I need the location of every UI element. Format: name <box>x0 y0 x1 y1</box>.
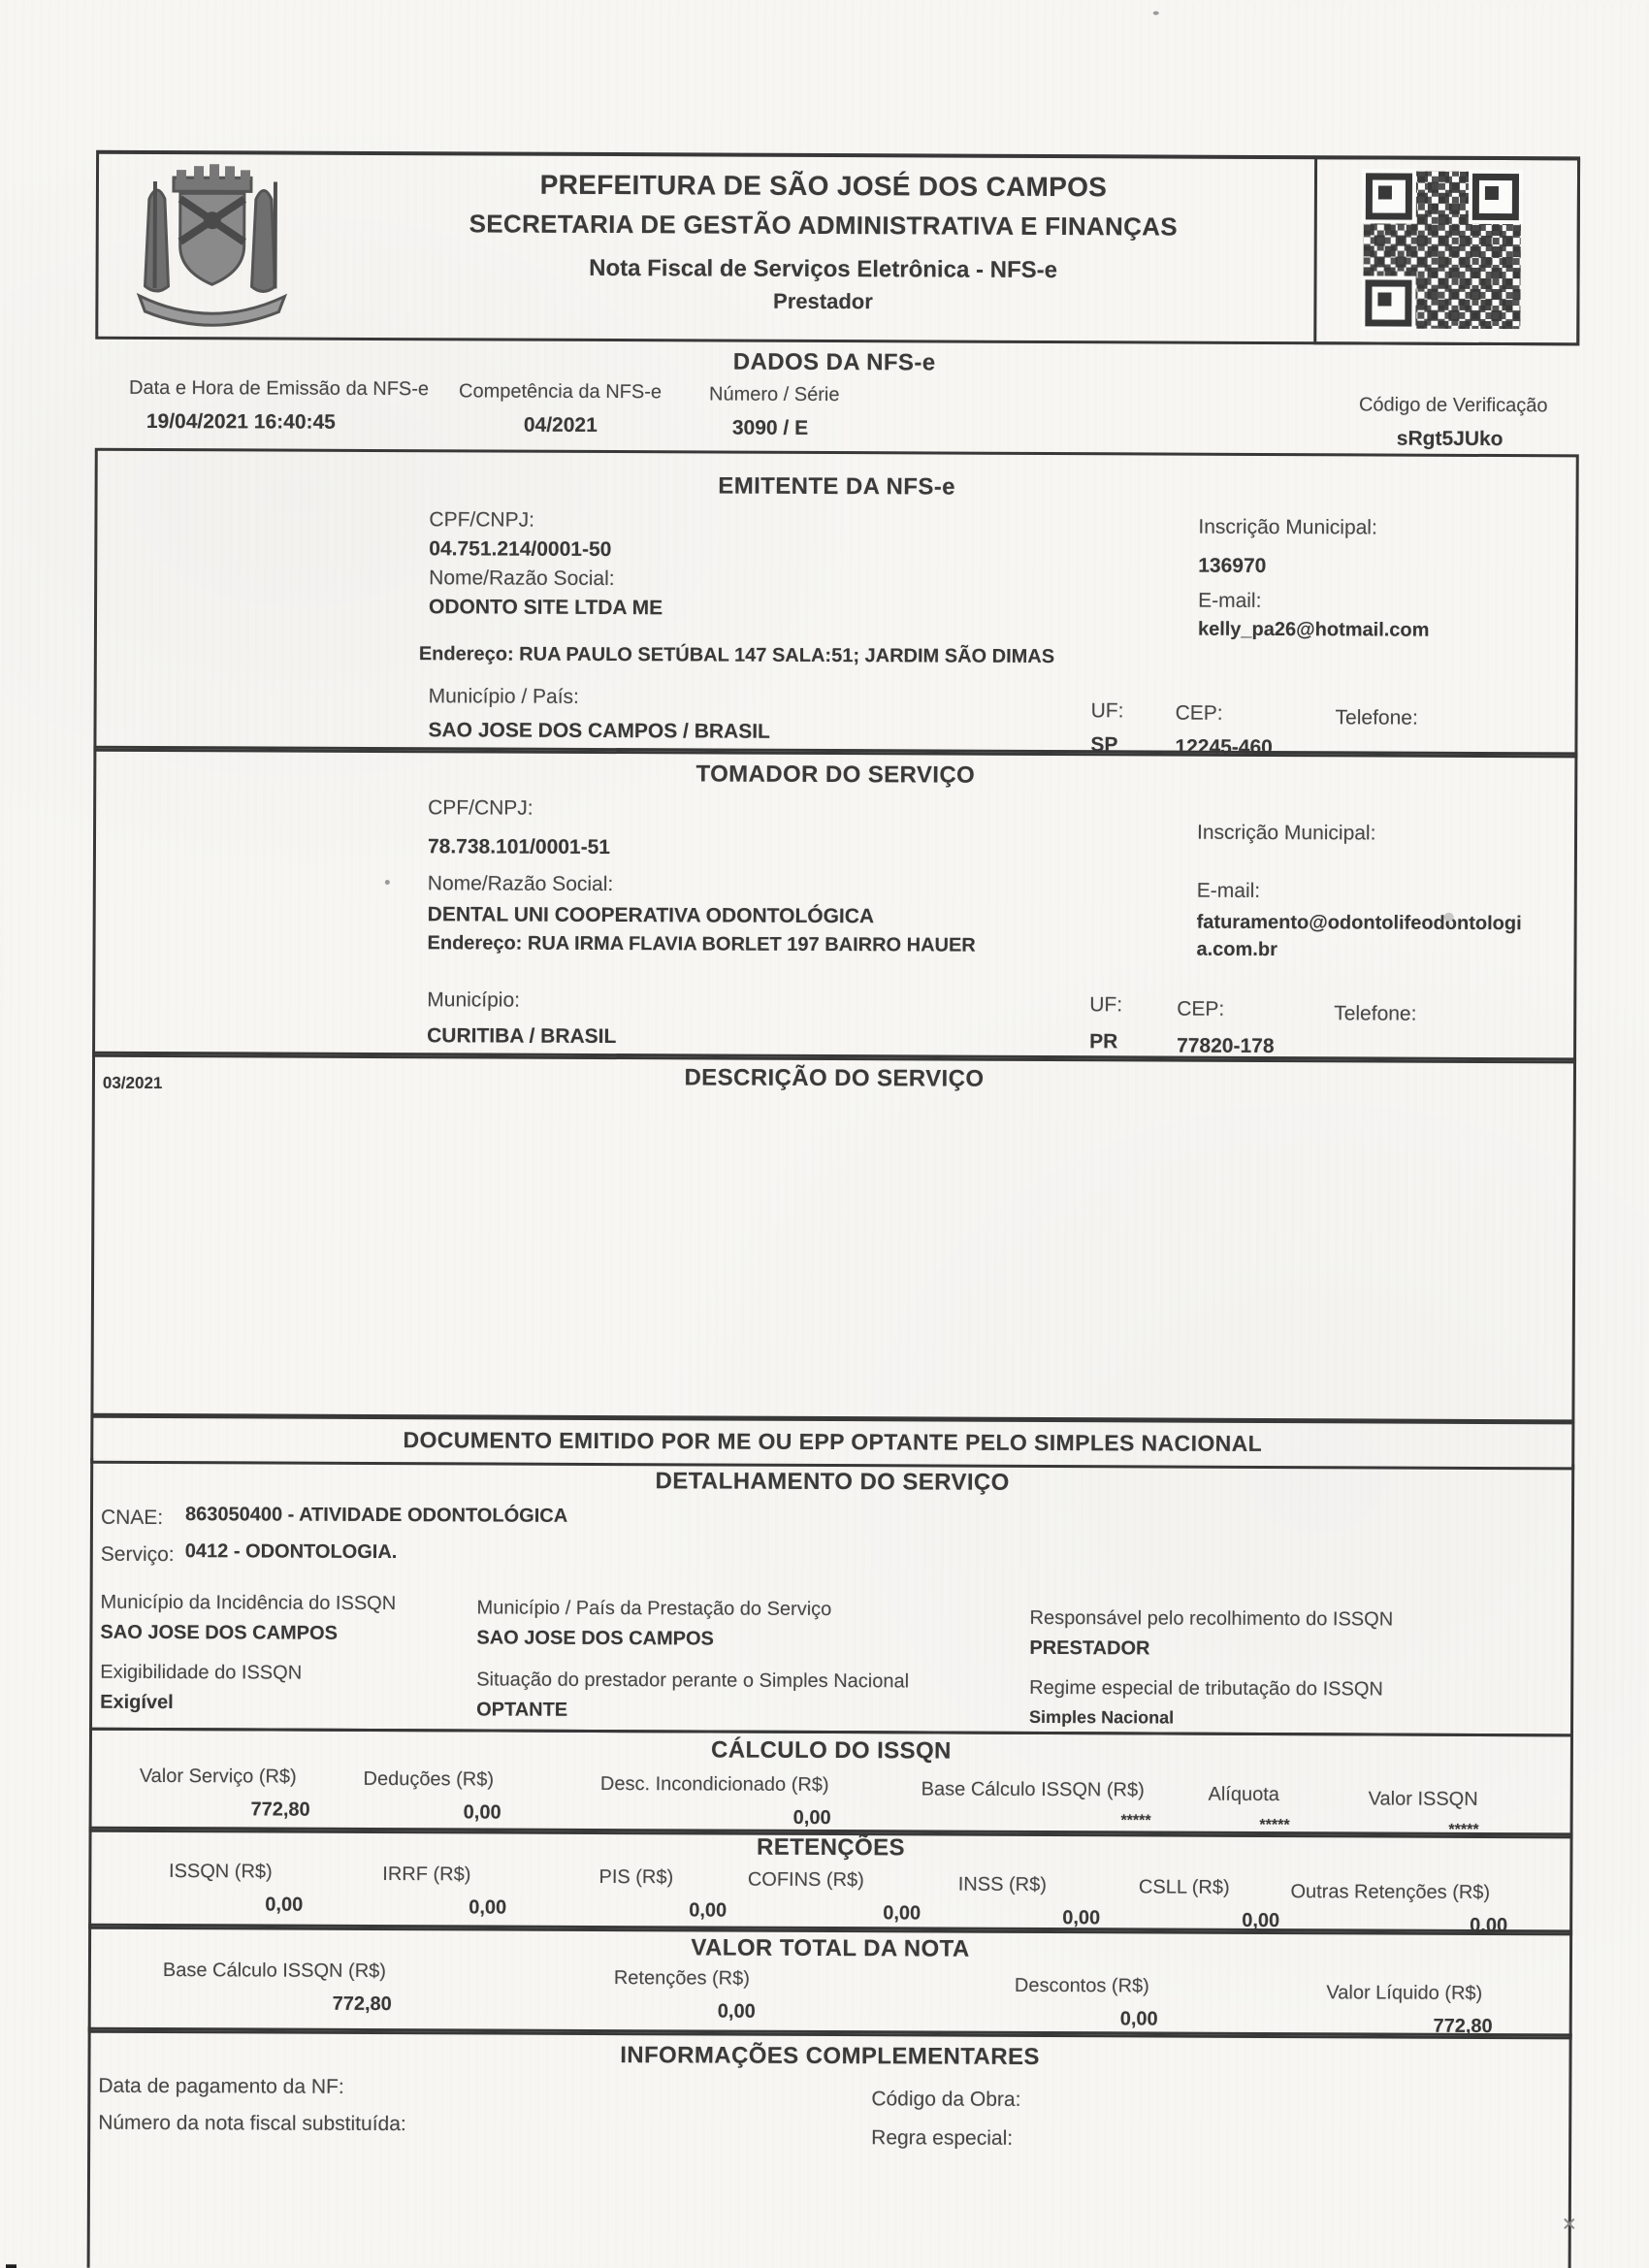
field-label: Base Cálculo ISSQN (R$) <box>915 1778 1151 1801</box>
field-value: SAO JOSE DOS CAMPOS <box>476 1627 831 1651</box>
tomador-municipio-label: Município: <box>427 988 520 1012</box>
field-label: Alíquota <box>1198 1784 1290 1806</box>
simples-banner-text: DOCUMENTO EMITIDO POR ME OU EPP OPTANTE … <box>93 1426 1571 1459</box>
field-value: 0,00 <box>598 1806 831 1830</box>
field-label: Regime especial de tributação do ISSQN <box>1029 1677 1383 1701</box>
emitente-municipio-label: Município / País: <box>429 685 579 709</box>
competencia-label: Competência da NFS-e <box>459 380 662 404</box>
field-label: Município da Incidência do ISSQN <box>101 1592 397 1615</box>
emitente-inscricao-label: Inscrição Municipal: <box>1198 516 1377 540</box>
tomador-cpf-label: CPF/CNPJ: <box>428 796 533 820</box>
field-value: ***** <box>915 1811 1151 1830</box>
emitente-uf-label: UF: <box>1091 699 1124 723</box>
cnae-value: 863050400 - ATIVIDADE ODONTOLÓGICA <box>185 1504 567 1528</box>
grid-exigibilidade: Exigibilidade do ISSQN Exigível <box>100 1662 302 1715</box>
calc-valor-servico: Valor Serviço (R$) 772,80 <box>126 1766 310 1822</box>
secretaria-subtitle: SECRETARIA DE GESTÃO ADMINISTRATIVA E FI… <box>322 209 1325 243</box>
ret-irrf: IRRF (R$) 0,00 <box>346 1863 506 1920</box>
tomador-cep-label: CEP: <box>1177 998 1224 1021</box>
detalhamento-box: DETALHAMENTO DO SERVIÇO CNAE: 863050400 … <box>89 1458 1574 1737</box>
field-value: 0,00 <box>1006 2008 1158 2031</box>
field-value: PRESTADOR <box>1029 1637 1393 1662</box>
qr-finder-icon <box>1366 173 1412 219</box>
field-value: OPTANTE <box>476 1699 909 1723</box>
field-label: INSS (R$) <box>904 1873 1100 1896</box>
tomador-municipio-value: CURITIBA / BRASIL <box>427 1024 616 1049</box>
emitente-box: EMITENTE DA NFS-e CPF/CNPJ: 04.751.214/0… <box>93 448 1578 759</box>
field-label: Responsável pelo recolhimento do ISSQN <box>1029 1607 1393 1632</box>
emitente-endereco: Endereço: RUA PAULO SETÚBAL 147 SALA:51;… <box>419 643 1054 668</box>
ret-csll: CSLL (R$) 0,00 <box>1088 1876 1279 1932</box>
codigo-verificacao-label: Código de Verificação <box>1359 394 1548 417</box>
emitente-nome-value: ODONTO SITE LTDA ME <box>429 596 663 620</box>
calc-aliquota: Alíquota ***** <box>1198 1784 1290 1834</box>
calc-deducoes: Deduções (R$) 0,00 <box>356 1768 501 1825</box>
scan-speck <box>385 880 390 885</box>
field-label: Município / País da Prestação do Serviço <box>477 1597 832 1621</box>
codigo-obra-label: Código da Obra: <box>871 2088 1020 2112</box>
total-descontos: Descontos (R$) 0,00 <box>1006 1975 1158 2031</box>
emitente-municipio-value: SAO JOSE DOS CAMPOS / BRASIL <box>428 719 769 744</box>
tomador-cpf-value: 78.738.101/0001-51 <box>428 835 610 859</box>
scan-speck <box>1444 913 1454 922</box>
coat-of-arms-icon <box>119 160 305 332</box>
retencoes-box: RETENÇÕES ISSQN (R$) 0,00 IRRF (R$) 0,00… <box>88 1827 1572 1936</box>
ret-cofins: COFINS (R$) 0,00 <box>691 1868 921 1925</box>
field-label: Retenções (R$) <box>608 1967 756 1991</box>
informacoes-title: INFORMAÇÕES COMPLEMENTARES <box>90 2040 1568 2074</box>
dados-nfse-section: DADOS DA NFS-e Data e Hora de Emissão da… <box>5 0 1649 4</box>
emissao-label: Data e Hora de Emissão da NFS-e <box>129 377 429 401</box>
emitente-title: EMITENTE DA NFS-e <box>98 470 1576 504</box>
grid-responsavel: Responsável pelo recolhimento do ISSQN P… <box>1029 1607 1393 1662</box>
document-type-title: Nota Fiscal de Serviços Eletrônica - NFS… <box>322 254 1325 286</box>
emitente-email-label: E-mail: <box>1198 590 1261 613</box>
document-sheet: PREFEITURA DE SÃO JOSÉ DOS CAMPOS SECRET… <box>0 0 1649 2268</box>
qr-code-cell <box>1313 156 1580 345</box>
scanned-nfse-document: PREFEITURA DE SÃO JOSÉ DOS CAMPOS SECRET… <box>0 0 1649 2268</box>
field-value: 772,80 <box>157 1993 392 2016</box>
calc-base-calculo: Base Cálculo ISSQN (R$) ***** <box>915 1778 1151 1830</box>
tomador-uf-value: PR <box>1089 1030 1117 1053</box>
header-box: PREFEITURA DE SÃO JOSÉ DOS CAMPOS SECRET… <box>95 150 1580 346</box>
field-value: 0,00 <box>138 1894 303 1917</box>
tomador-box: TOMADOR DO SERVIÇO CPF/CNPJ: 78.738.101/… <box>92 746 1577 1064</box>
valor-total-box: VALOR TOTAL DA NOTA Base Cálculo ISSQN (… <box>88 1924 1572 2040</box>
scan-speck <box>1153 11 1159 15</box>
substituida-label: Número da nota fiscal substituída: <box>98 2112 406 2136</box>
servico-label: Serviço: <box>101 1543 175 1567</box>
dados-section-title: DADOS DA NFS-e <box>95 346 1573 380</box>
field-label: Valor Serviço (R$) <box>126 1766 310 1789</box>
servico-value: 0412 - ODONTOLOGIA. <box>185 1540 398 1564</box>
field-label: Deduções (R$) <box>356 1768 501 1792</box>
field-label: Situação do prestador perante o Simples … <box>476 1669 909 1693</box>
prestador-label: Prestador <box>321 287 1324 317</box>
tomador-title: TOMADOR DO SERVIÇO <box>96 759 1574 793</box>
qr-finder-icon <box>1472 174 1519 220</box>
field-label: Desc. Incondicionado (R$) <box>598 1773 831 1797</box>
competencia-value: 04/2021 <box>524 414 598 437</box>
descricao-box: DESCRIÇÃO DO SERVIÇO 03/2021 <box>90 1052 1576 1423</box>
field-label: Valor Líquido (R$) <box>1316 1982 1493 2005</box>
field-label: Descontos (R$) <box>1006 1975 1158 1998</box>
grid-regime: Regime especial de tributação do ISSQN S… <box>1029 1677 1383 1730</box>
field-label: Outras Retenções (R$) <box>1273 1881 1507 1904</box>
descricao-title: DESCRIÇÃO DO SERVIÇO <box>95 1062 1573 1096</box>
informacoes-box: INFORMAÇÕES COMPLEMENTARES Data de pagam… <box>87 2027 1572 2268</box>
calc-desc-incondicionado: Desc. Incondicionado (R$) 0,00 <box>598 1773 831 1830</box>
tomador-email-label: E-mail: <box>1197 880 1260 903</box>
emitente-cpf-label: CPF/CNPJ: <box>429 508 534 532</box>
field-value: 0,00 <box>356 1801 501 1825</box>
grid-situacao: Situação do prestador perante o Simples … <box>476 1669 909 1723</box>
tomador-email-value: faturamento@odontolifeodontologia.com.br <box>1196 909 1521 964</box>
emitente-telefone-label: Telefone: <box>1336 706 1418 729</box>
total-base-calculo: Base Cálculo ISSQN (R$) 772,80 <box>157 1960 392 2016</box>
calculo-issqn-box: CÁLCULO DO ISSQN Valor Serviço (R$) 772,… <box>89 1728 1573 1839</box>
emissao-value: 19/04/2021 16:40:45 <box>146 410 336 435</box>
emitente-email-value: kelly_pa26@hotmail.com <box>1198 619 1430 642</box>
field-label: COFINS (R$) <box>691 1868 921 1892</box>
field-label: Base Cálculo ISSQN (R$) <box>157 1960 392 1983</box>
tomador-nome-value: DENTAL UNI COOPERATIVA ODONTOLÓGICA <box>428 903 875 928</box>
numero-serie-value: 3090 / E <box>732 417 808 440</box>
field-value: SAO JOSE DOS CAMPOS <box>100 1622 396 1645</box>
cnae-label: CNAE: <box>101 1507 163 1530</box>
field-value: Exigível <box>100 1692 302 1715</box>
numero-serie-label: Número / Série <box>709 383 840 406</box>
tomador-telefone-label: Telefone: <box>1334 1002 1416 1025</box>
emitente-nome-label: Nome/Razão Social: <box>429 567 615 591</box>
total-valor-liquido: Valor Líquido (R$) 772,80 <box>1316 1982 1493 2038</box>
qr-code-icon <box>1363 171 1521 329</box>
prefeitura-title: PREFEITURA DE SÃO JOSÉ DOS CAMPOS <box>322 169 1325 205</box>
field-label: IRRF (R$) <box>346 1863 506 1887</box>
field-value: Simples Nacional <box>1029 1707 1383 1730</box>
detalhamento-title: DETALHAMENTO DO SERVIÇO <box>93 1466 1571 1500</box>
field-value: 0,00 <box>608 2000 756 2024</box>
field-value: 0,00 <box>691 1901 921 1925</box>
retencoes-title: RETENÇÕES <box>91 1831 1569 1865</box>
ret-issqn: ISSQN (R$) 0,00 <box>138 1861 303 1917</box>
emitente-inscricao-value: 136970 <box>1198 555 1266 578</box>
emitente-cpf-value: 04.751.214/0001-50 <box>429 537 611 562</box>
total-retencoes: Retenções (R$) 0,00 <box>608 1967 756 2024</box>
tomador-uf-label: UF: <box>1089 993 1122 1017</box>
grid-prestacao: Município / País da Prestação do Serviço… <box>476 1597 831 1651</box>
pagamento-label: Data de pagamento da NF: <box>98 2075 343 2099</box>
calculo-title: CÁLCULO DO ISSQN <box>92 1734 1570 1768</box>
scan-artifact <box>1563 2217 1576 2230</box>
tomador-nome-label: Nome/Razão Social: <box>428 872 614 896</box>
field-label: CSLL (R$) <box>1088 1876 1279 1899</box>
tomador-inscricao-label: Inscrição Municipal: <box>1197 822 1376 846</box>
field-label: Valor ISSQN <box>1368 1788 1479 1811</box>
codigo-verificacao-value: sRgt5JUko <box>1397 428 1503 451</box>
field-value: 0,00 <box>346 1896 506 1920</box>
field-label: ISSQN (R$) <box>138 1861 303 1884</box>
emitente-cep-label: CEP: <box>1176 702 1223 726</box>
grid-incidencia: Município da Incidência do ISSQN SAO JOS… <box>100 1592 396 1645</box>
tomador-cep-value: 77820-178 <box>1177 1035 1275 1058</box>
qr-finder-icon <box>1365 279 1411 326</box>
descricao-competencia-marker: 03/2021 <box>103 1074 163 1093</box>
field-value: 772,80 <box>126 1798 310 1822</box>
field-label: Exigibilidade do ISSQN <box>100 1662 302 1685</box>
regra-especial-label: Regra especial: <box>871 2126 1013 2151</box>
header-titles: PREFEITURA DE SÃO JOSÉ DOS CAMPOS SECRET… <box>321 155 1325 317</box>
ret-inss: INSS (R$) 0,00 <box>904 1873 1100 1929</box>
tomador-endereco: Endereço: RUA IRMA FLAVIA BORLET 197 BAI… <box>428 932 976 956</box>
